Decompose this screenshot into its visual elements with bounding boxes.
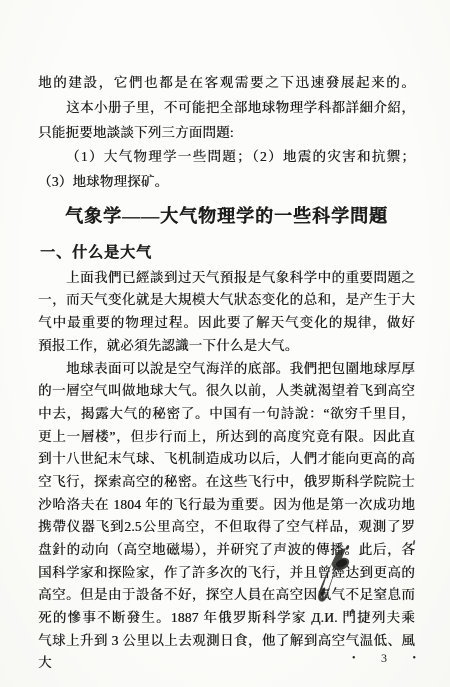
text-line: （1）大气物理学一些問題；（2）地震的灾害和抗禦； bbox=[38, 145, 415, 170]
text-line: 国科学家和探险家，作了許多次的飞行，并且曾經达到更高的 bbox=[38, 562, 415, 585]
text-line: 这本小册子里，不可能把全部地球物理学科都詳細介紹， bbox=[38, 96, 415, 121]
text-line: 到十八世紀末气球、飞机制造成功以后，人們才能向更高的高 bbox=[38, 448, 415, 471]
page-number: • 3 • bbox=[352, 651, 416, 666]
text-line: 气中最重要的物理过程。因此要了解天气变化的規律，做好 bbox=[38, 312, 415, 335]
text-line: 地的建設，它們也都是在客观需要之下迅速發展起来的。 bbox=[38, 71, 415, 96]
text-line: 中去，揭露大气的秘密了。中国有一句詩說：“欲穷千里目， bbox=[38, 403, 415, 426]
text-line: 地球表面可以說是空气海洋的底部。我們把包圍地球厚厚 bbox=[38, 358, 415, 381]
text-line: 的一層空气叫做地球大气。很久以前，人类就渴望着飞到高空 bbox=[38, 380, 415, 403]
chapter-title: 气象学——大气物理学的一些科学問題 bbox=[38, 203, 415, 229]
text-line: 沙哈洛夫在 1804 年的飞行最为重要。因为他是第一次成功地 bbox=[38, 494, 415, 517]
page-number-dot-right: • bbox=[412, 651, 416, 666]
page-content: 地的建設，它們也都是在客观需要之下迅速發展起来的。这本小册子里，不可能把全部地球… bbox=[38, 71, 415, 652]
text-line: 气球上升到 3 公里以上去观測日食，他了解到高空气温低、風大 bbox=[38, 630, 415, 653]
text-line: 預报工作，就必須先認識一下什么是大气。 bbox=[38, 335, 415, 358]
page-number-dot-left: • bbox=[352, 651, 356, 666]
text-line: 只能扼要地談談下列三方面問題: bbox=[38, 121, 415, 146]
text-line: 空飞行，探索高空的秘密。在这些飞行中，俄罗斯科学院院士 bbox=[38, 471, 415, 494]
section-title: 一、什么是大气 bbox=[40, 242, 415, 265]
text-line: 死的慘事不断發生。1887 年俄罗斯科学家 Д.И. 門捷列夫乘 bbox=[38, 607, 415, 630]
body-paragraphs: 上面我們已經談到过天气預报是气象科学中的重要問題之一，而天气变化就是大規模大气狀… bbox=[38, 267, 415, 653]
book-page: 地的建設，它們也都是在客观需要之下迅速發展起来的。这本小册子里，不可能把全部地球… bbox=[0, 0, 450, 687]
intro-paragraphs: 地的建設，它們也都是在客观需要之下迅速發展起来的。这本小册子里，不可能把全部地球… bbox=[38, 71, 415, 195]
text-line: 上面我們已經談到过天气預报是气象科学中的重要問題之 bbox=[38, 267, 415, 290]
text-line: （3）地球物理探矿。 bbox=[38, 170, 415, 195]
text-line: 高空。但是由于設备不好，探空人員在高空因氧气不足窒息而 bbox=[38, 584, 415, 607]
text-line: 更上一層楼”，但步行而上，所达到的高度究竟有限。因此直 bbox=[38, 426, 415, 449]
text-line: 盘針的动向（高空地磁場），并研究了声波的傳播。此后，各 bbox=[38, 539, 415, 562]
text-line: 一，而天气变化就是大規模大气狀态变化的总和，是产生于大 bbox=[38, 289, 415, 312]
page-number-value: 3 bbox=[381, 651, 387, 666]
text-line: 携帶仪器飞到2.5公里高空，不但取得了空气样品，观測了罗 bbox=[38, 516, 415, 539]
